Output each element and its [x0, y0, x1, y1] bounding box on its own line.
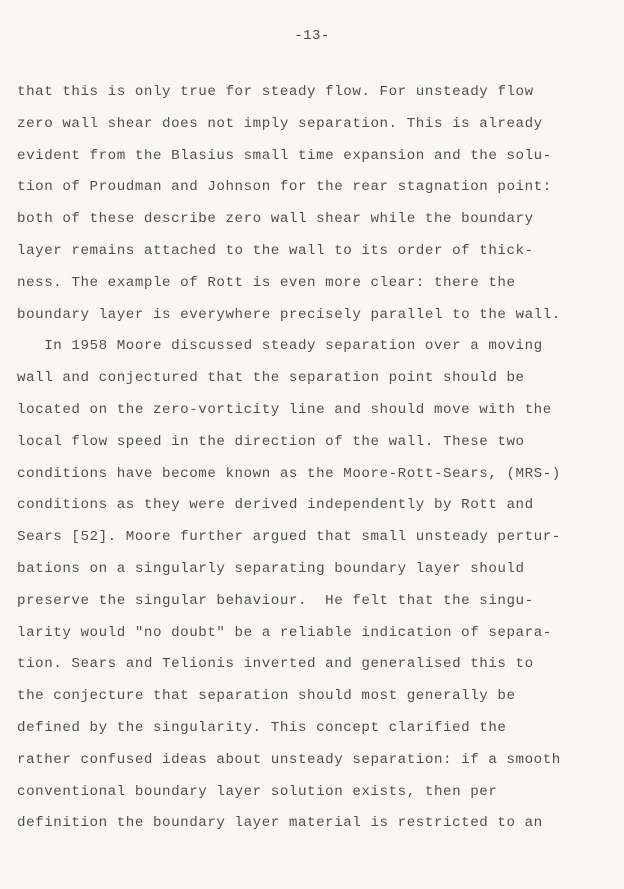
text-line: conditions as they were derived independ… — [17, 490, 617, 522]
text-line: wall and conjectured that the separation… — [17, 363, 617, 395]
text-line: tion of Proudman and Johnson for the rea… — [17, 172, 617, 204]
body-text: that this is only true for steady flow. … — [17, 77, 617, 840]
text-line: zero wall shear does not imply separatio… — [17, 109, 617, 141]
text-line: conditions have become known as the Moor… — [17, 459, 617, 491]
text-line: defined by the singularity. This concept… — [17, 713, 617, 745]
text-line: the conjecture that separation should mo… — [17, 681, 617, 713]
text-line: tion. Sears and Telionis inverted and ge… — [17, 649, 617, 681]
text-line: both of these describe zero wall shear w… — [17, 204, 617, 236]
text-line: boundary layer is everywhere precisely p… — [17, 300, 617, 332]
text-line: conventional boundary layer solution exi… — [17, 777, 617, 809]
text-line: Sears [52]. Moore further argued that sm… — [17, 522, 617, 554]
text-line: preserve the singular behaviour. He felt… — [17, 586, 617, 618]
text-line: located on the zero-vorticity line and s… — [17, 395, 617, 427]
page-number: -13- — [0, 28, 624, 44]
text-line: ness. The example of Rott is even more c… — [17, 268, 617, 300]
text-line: that this is only true for steady flow. … — [17, 77, 617, 109]
text-line: definition the boundary layer material i… — [17, 808, 617, 840]
text-line: layer remains attached to the wall to it… — [17, 236, 617, 268]
document-page: -13- that this is only true for steady f… — [0, 0, 624, 889]
text-line: rather confused ideas about unsteady sep… — [17, 745, 617, 777]
text-line: bations on a singularly separating bound… — [17, 554, 617, 586]
text-line: local flow speed in the direction of the… — [17, 427, 617, 459]
text-line: In 1958 Moore discussed steady separatio… — [17, 331, 617, 363]
text-line: larity would "no doubt" be a reliable in… — [17, 618, 617, 650]
text-line: evident from the Blasius small time expa… — [17, 141, 617, 173]
